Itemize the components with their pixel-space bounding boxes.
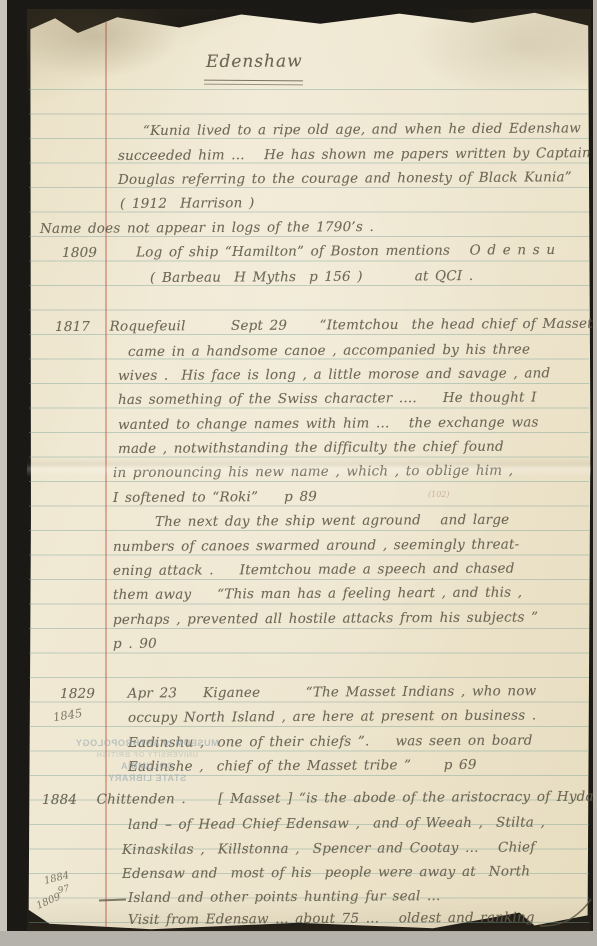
- handwriting-line: 1884 Chittenden . [ Masset ] “is the abo…: [42, 787, 594, 810]
- handwriting-line: p . 90: [113, 634, 157, 654]
- handwriting-line: Eadinshu , one of their chiefs ”. was se…: [128, 731, 533, 753]
- handwriting-line: land – of Head Chief Edensaw , and of We…: [128, 812, 545, 835]
- title-underline: [204, 80, 303, 86]
- handwriting-line: in pronouncing his new name , which , to…: [113, 461, 513, 483]
- handwriting-line: 1829 Apr 23 Kiganee “The Masset Indians …: [60, 681, 537, 704]
- handwriting-line: succeeded him ... He has shown me papers…: [118, 143, 591, 166]
- handwriting-line: wanted to change names with him ... the …: [118, 412, 539, 435]
- scanner-edge-left: [0, 0, 7, 946]
- handwriting-line: “Kunia lived to a ripe old age, and when…: [143, 118, 581, 141]
- handwriting-line: Kinaskilas , Killstonna , Spencer and Co…: [122, 837, 535, 860]
- handwriting-line: ( Barbeau H Myths p 156 ) at QCI .: [150, 266, 473, 288]
- handwriting-line: 1817 Roquefeuil Sept 29 “Itemtchou the h…: [55, 314, 593, 337]
- handwriting-line: Douglas referring to the courage and hon…: [118, 167, 572, 190]
- handwriting-line: The next day the ship went aground and l…: [155, 510, 509, 532]
- scanner-edge-bottom: [0, 931, 597, 946]
- handwriting-line: Visit from Edensaw ... about 75 ... olde…: [128, 908, 535, 930]
- handwriting-line: ( 1912 Harrison ): [120, 193, 255, 214]
- handwriting-line: ening attack . Itemtchou made a speech a…: [113, 559, 515, 581]
- handwriting-line: Name does not appear in logs of the 1790…: [40, 217, 374, 239]
- handwriting-line: 1809 Log of ship “Hamilton” of Boston me…: [62, 240, 555, 263]
- handwriting-line: came in a handsome canoe , accompanied b…: [128, 340, 530, 362]
- page-title: Edenshaw: [206, 51, 303, 72]
- handwriting-line: Island and other points hunting fur seal…: [128, 886, 441, 908]
- handwriting-line: occupy North Island , are here at presen…: [128, 706, 536, 728]
- pencil-curve-mark: [538, 896, 594, 932]
- handwriting-line: Eadinshe , chief of the Masset tribe ” p…: [128, 755, 477, 777]
- handwriting-line: I softened to “Roki” p 89: [113, 487, 317, 508]
- handwriting-line: wives . His face is long , a little moro…: [118, 363, 550, 386]
- scanned-document-page: { "document": { "title": "Edenshaw", "li…: [0, 0, 597, 946]
- handwriting-line: perhaps , prevented all hostile attacks …: [113, 607, 538, 630]
- handwriting-line: numbers of canoes swarmed around , seemi…: [113, 535, 520, 557]
- faint-page-ref: (102): [428, 490, 450, 499]
- handwriting-line: made , notwithstanding the difficulty th…: [118, 437, 504, 459]
- handwriting-line: them away “This man has a feeling heart …: [113, 583, 522, 605]
- handwriting-line: has something of the Swiss character ...…: [118, 387, 537, 410]
- handwriting-line: Edensaw and most of his people were away…: [122, 862, 530, 884]
